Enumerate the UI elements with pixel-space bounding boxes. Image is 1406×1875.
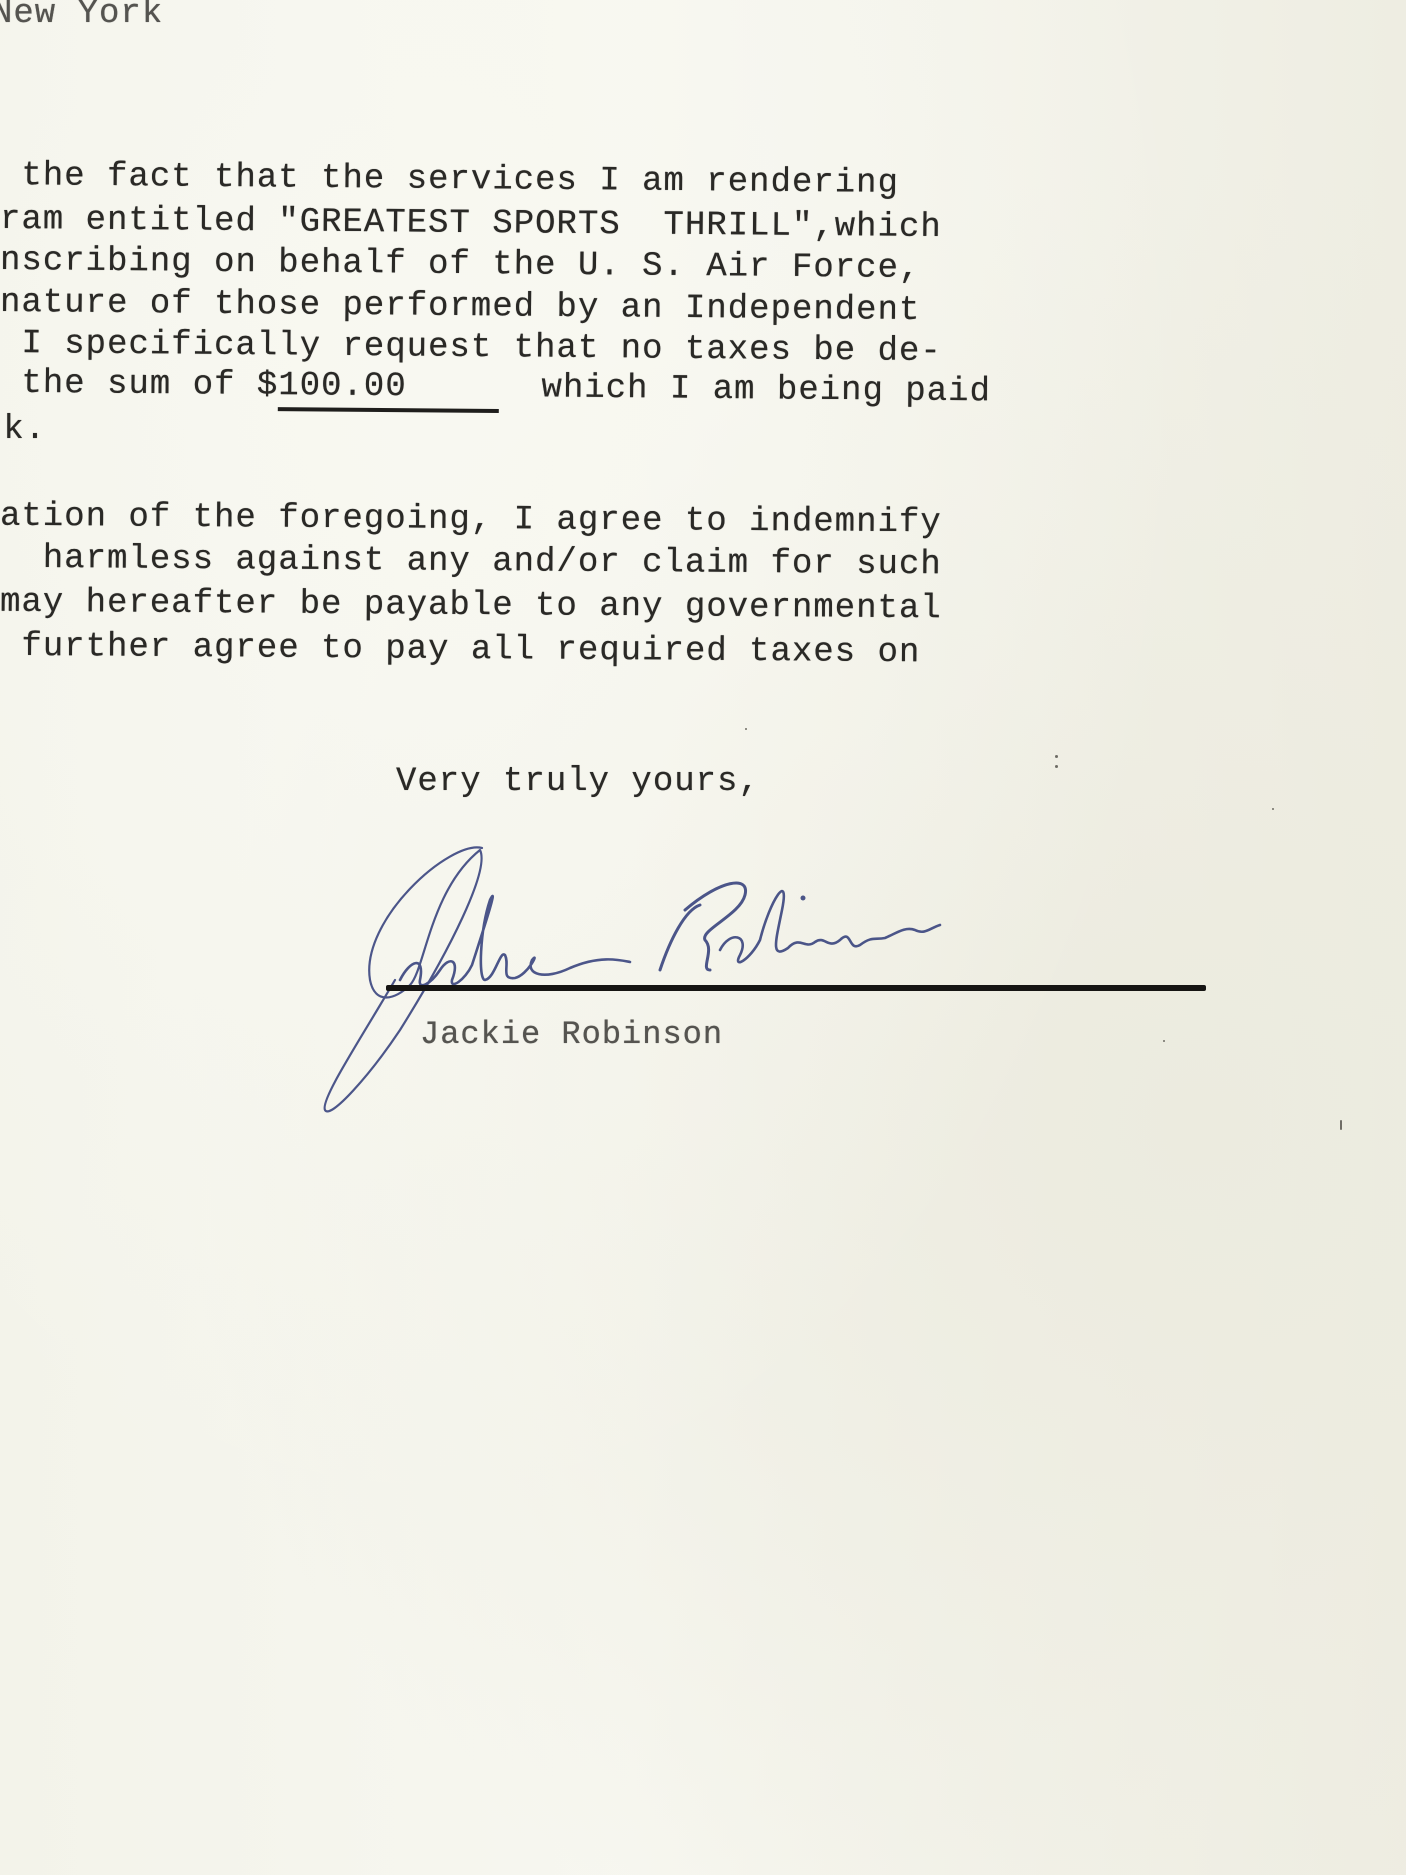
paper-speck [1055,755,1058,758]
amount-value: 100.00 [278,367,407,406]
paper-speck [745,728,747,730]
header-location: New York [0,0,163,34]
handwritten-signature [300,830,1060,1130]
paragraph-2-line-3: may hereafter be payable to any governme… [0,583,942,630]
paragraph-1-line-7: rk. [0,410,46,450]
paragraph-2-line-2: harmless against any and/or claim for su… [0,539,942,586]
paper-speck [1272,808,1274,810]
paper-speck [1340,1120,1342,1130]
paragraph-1-line-3: nscribing on behalf of the U. S. Air For… [0,241,921,289]
amount-prefix: the sum of $ [0,365,278,405]
paragraph-1-line-1: the fact that the services I am renderin… [0,156,899,204]
paragraph-1-line-6-amount: the sum of $100.00 which I am being paid [0,364,991,413]
closing-salutation: Very truly yours, [396,762,760,802]
amount-suffix: which I am being paid [541,369,991,411]
amount-field: 100.00 [278,366,499,408]
paragraph-2-line-4: further agree to pay all required taxes … [0,627,920,673]
paper-speck [1055,765,1058,768]
signature-line [386,985,1206,991]
paper-speck [1163,1040,1165,1042]
paragraph-1-line-2: ram entitled "GREATEST SPORTS THRILL",wh… [0,200,942,248]
paragraph-2-line-1: ation of the foregoing, I agree to indem… [0,497,942,544]
typed-signatory-name: Jackie Robinson [420,1015,723,1055]
paragraph-1-line-4: nature of those performed by an Independ… [0,283,921,331]
